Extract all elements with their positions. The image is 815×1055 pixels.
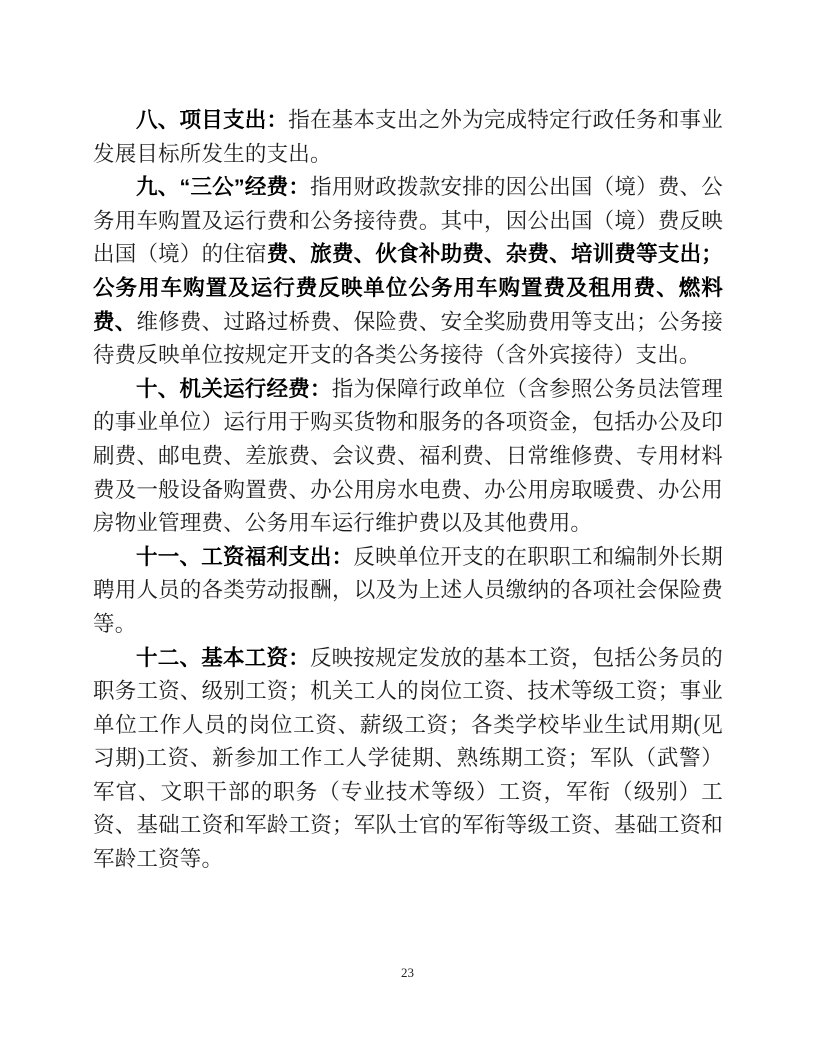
text-run: 反映按规定发放的基本工资，包括公务员的职务工资、级别工资；机关工人的岗位工资、技… <box>93 646 723 872</box>
paragraph: 八、项目支出：指在基本支出之外为完成特定行政任务和事业发展目标所发生的支出。 <box>93 104 723 171</box>
paragraph: 九、“三公”经费：指用财政拨款安排的因公出国（境）费、公务用车购置及运行费和公务… <box>93 171 723 373</box>
bold-text-run: 九、“三公”经费： <box>136 175 310 199</box>
text-run: 维修费、过路过桥费、保险费、安全奖励费用等支出；公务接待费反映单位按规定开支的各… <box>93 310 723 368</box>
paragraph: 十一、工资福利支出：反映单位开支的在职职工和编制外长期聘用人员的各类劳动报酬，以… <box>93 541 723 642</box>
bold-text-run: 十二、基本工资： <box>136 646 310 670</box>
document-page: 八、项目支出：指在基本支出之外为完成特定行政任务和事业发展目标所发生的支出。九、… <box>0 0 815 1055</box>
paragraph: 十、机关运行经费：指为保障行政单位（含参照公务员法管理的事业单位）运行用于购买货… <box>93 373 723 541</box>
page-footer: 23 <box>0 964 815 982</box>
bold-text-run: 十一、工资福利支出： <box>136 545 353 569</box>
bold-text-run: 八、项目支出： <box>136 108 288 132</box>
bold-text-run: 十、机关运行经费： <box>136 377 332 401</box>
page-number: 23 <box>401 965 414 980</box>
document-body: 八、项目支出：指在基本支出之外为完成特定行政任务和事业发展目标所发生的支出。九、… <box>93 104 723 877</box>
paragraph: 十二、基本工资：反映按规定发放的基本工资，包括公务员的职务工资、级别工资；机关工… <box>93 642 723 877</box>
